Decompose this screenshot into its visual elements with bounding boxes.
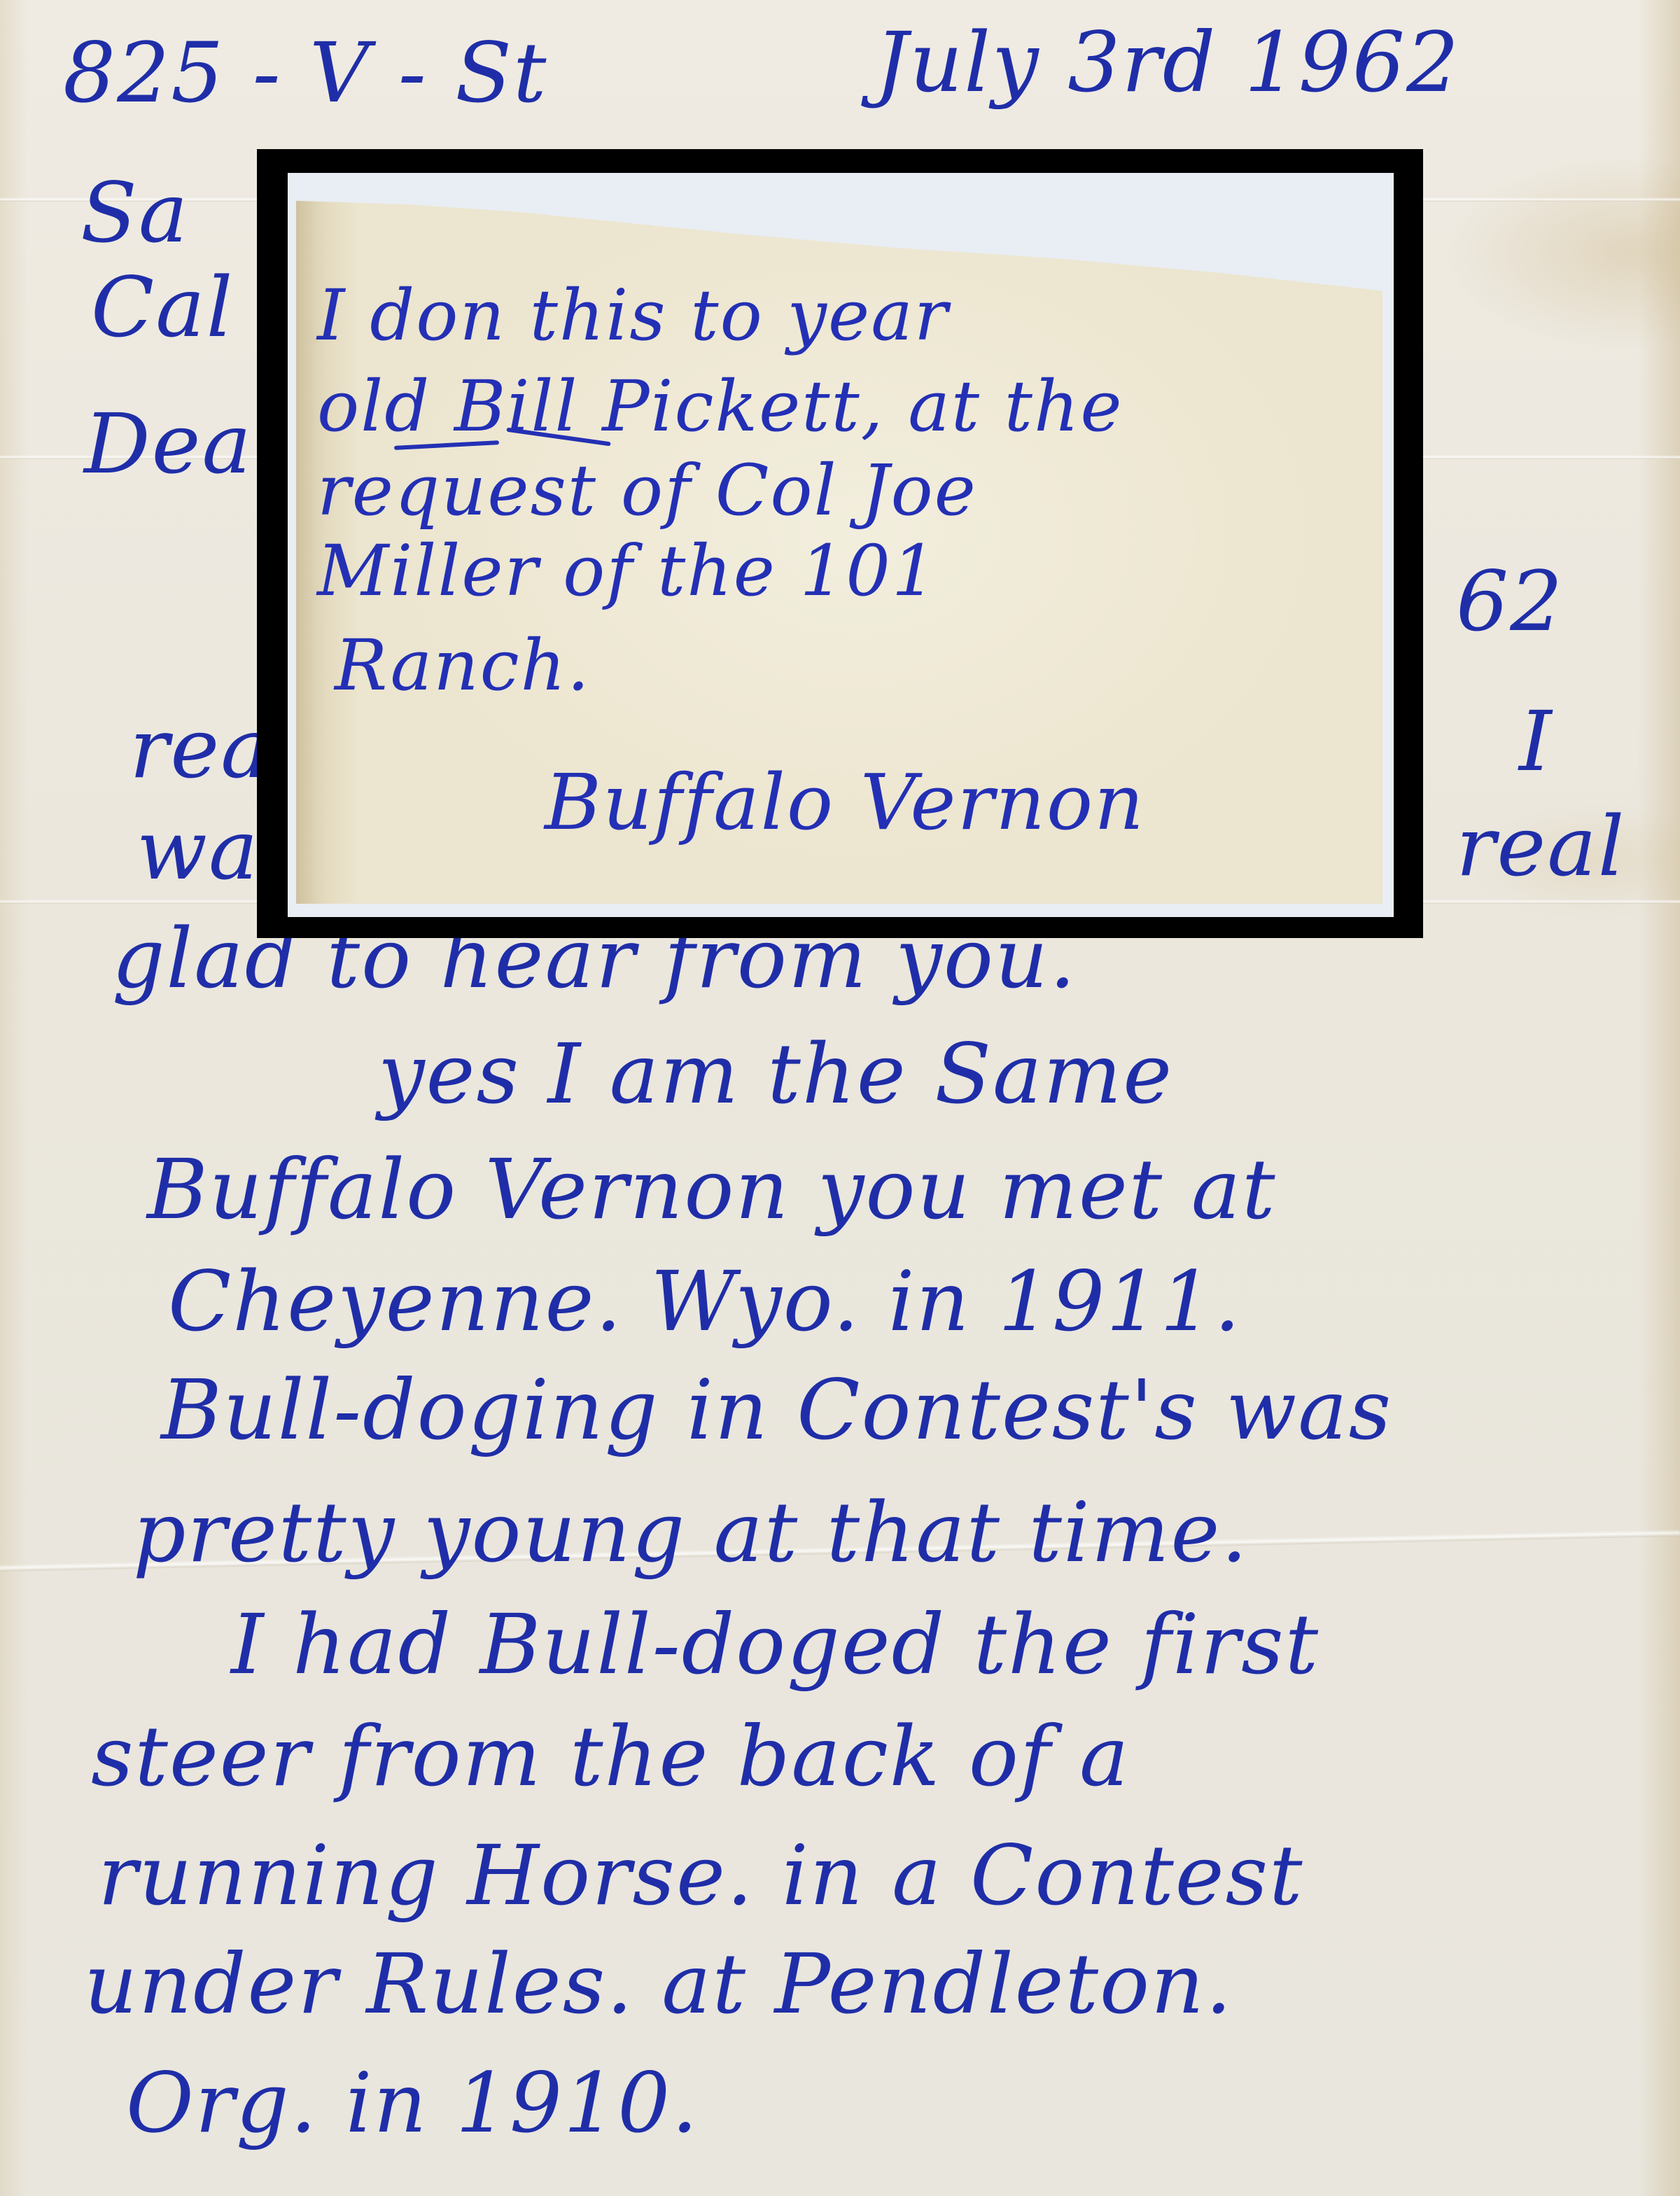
- salutation-dear: Dea: [84, 403, 253, 485]
- inset-mat: I don this to year old Bill Pickett, at …: [288, 173, 1394, 917]
- body-line: Cheyenne. Wyo. in 1911.: [168, 1260, 1242, 1343]
- letter-address: 825 - V - St: [63, 32, 547, 114]
- salutation-line-1: Sa: [80, 172, 189, 254]
- line-year-fragment: 62: [1456, 560, 1564, 643]
- body-line: steer from the back of a: [91, 1715, 1130, 1798]
- letter-date: July 3rd 1962: [875, 21, 1460, 104]
- body-line: Org. in 1910.: [126, 2062, 699, 2144]
- card-line-1: I don this to year: [317, 281, 949, 351]
- body-line: I had Bull-doged the first: [231, 1603, 1319, 1686]
- body-line: pretty young at that time.: [133, 1491, 1249, 1574]
- line-fragment-rea: rea: [129, 707, 272, 790]
- signed-card: I don this to year old Bill Pickett, at …: [296, 183, 1382, 904]
- card-line-3: request of Col Joe: [317, 456, 977, 526]
- line-fragment-wa: wa: [136, 809, 259, 891]
- inset-photo-frame: I don this to year old Bill Pickett, at …: [257, 149, 1423, 938]
- line-fragment-i: I: [1519, 700, 1553, 783]
- body-line: under Rules. at Pendleton.: [84, 1943, 1233, 2025]
- line-fragment-real: real: [1456, 805, 1625, 888]
- card-line-2: old Bill Pickett, at the: [317, 372, 1123, 442]
- card-line-5: Ranch.: [335, 631, 591, 701]
- card-line-4: Miller of the 101: [317, 536, 938, 606]
- body-line: running Horse. in a Contest: [98, 1834, 1304, 1917]
- body-line: Buffalo Vernon you met at: [147, 1148, 1277, 1231]
- body-line: yes I am the Same: [378, 1033, 1173, 1115]
- salutation-line-2: Cal: [91, 266, 234, 349]
- body-line: Bull-doging in Contest's was: [161, 1369, 1392, 1451]
- card-signature: Buffalo Vernon: [545, 764, 1145, 841]
